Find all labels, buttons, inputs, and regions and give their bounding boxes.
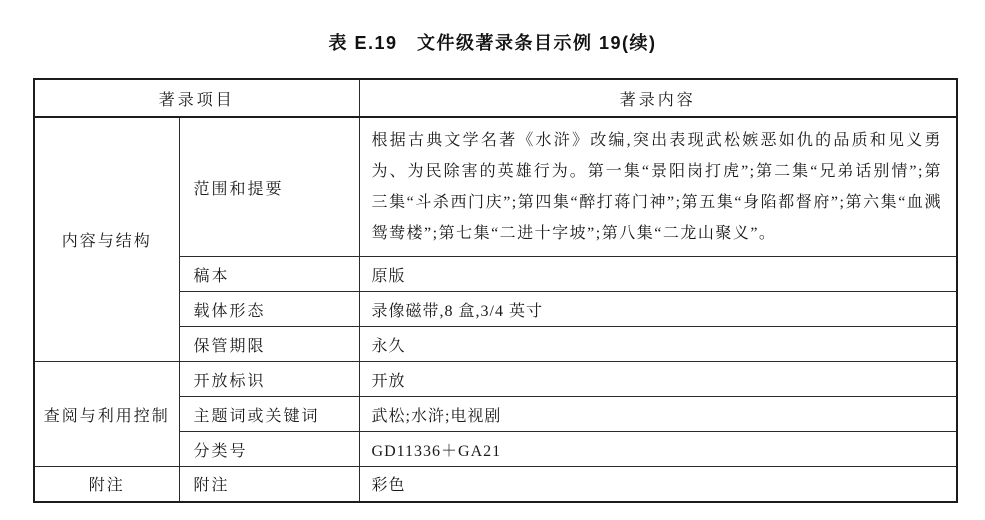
header-cell-project: 著录项目 — [34, 79, 359, 117]
item-cell-note: 附注 — [179, 467, 359, 502]
value-cell-retention: 永久 — [359, 327, 957, 362]
table-caption: 表 E.19 文件级著录条目示例 19(续) — [0, 29, 985, 55]
value-cell-note: 彩色 — [359, 467, 957, 502]
value-cell-draft: 原版 — [359, 257, 957, 292]
item-cell-draft: 稿本 — [179, 257, 359, 292]
header-row: 著录项目 著录内容 — [34, 79, 957, 117]
table-row-open-flag: 查阅与利用控制 开放标识 开放 — [34, 362, 957, 397]
header-cell-content: 著录内容 — [359, 79, 957, 117]
value-cell-scope: 根据古典文学名著《水浒》改编,突出表现武松嫉恶如仇的品质和见义勇为、为民除害的英… — [359, 117, 957, 257]
table-row-scope: 内容与结构 范围和提要 根据古典文学名著《水浒》改编,突出表现武松嫉恶如仇的品质… — [34, 117, 957, 257]
item-cell-scope: 范围和提要 — [179, 117, 359, 257]
item-cell-open-flag: 开放标识 — [179, 362, 359, 397]
value-cell-open-flag: 开放 — [359, 362, 957, 397]
table-row-note: 附注 附注 彩色 — [34, 467, 957, 502]
item-cell-retention: 保管期限 — [179, 327, 359, 362]
item-cell-carrier: 载体形态 — [179, 292, 359, 327]
group-cell-content-structure: 内容与结构 — [34, 117, 179, 362]
value-cell-class-number: GD11336＋GA21 — [359, 432, 957, 467]
description-table: 著录项目 著录内容 内容与结构 范围和提要 根据古典文学名著《水浒》改编,突出表… — [33, 78, 958, 503]
value-cell-carrier: 录像磁带,8 盒,3/4 英寸 — [359, 292, 957, 327]
group-cell-access-control: 查阅与利用控制 — [34, 362, 179, 467]
item-cell-class-number: 分类号 — [179, 432, 359, 467]
item-cell-keywords: 主题词或关键词 — [179, 397, 359, 432]
group-cell-note: 附注 — [34, 467, 179, 502]
value-cell-keywords: 武松;水浒;电视剧 — [359, 397, 957, 432]
document-page: 表 E.19 文件级著录条目示例 19(续) 著录项目 著录内容 内容与结构 范… — [0, 0, 985, 520]
